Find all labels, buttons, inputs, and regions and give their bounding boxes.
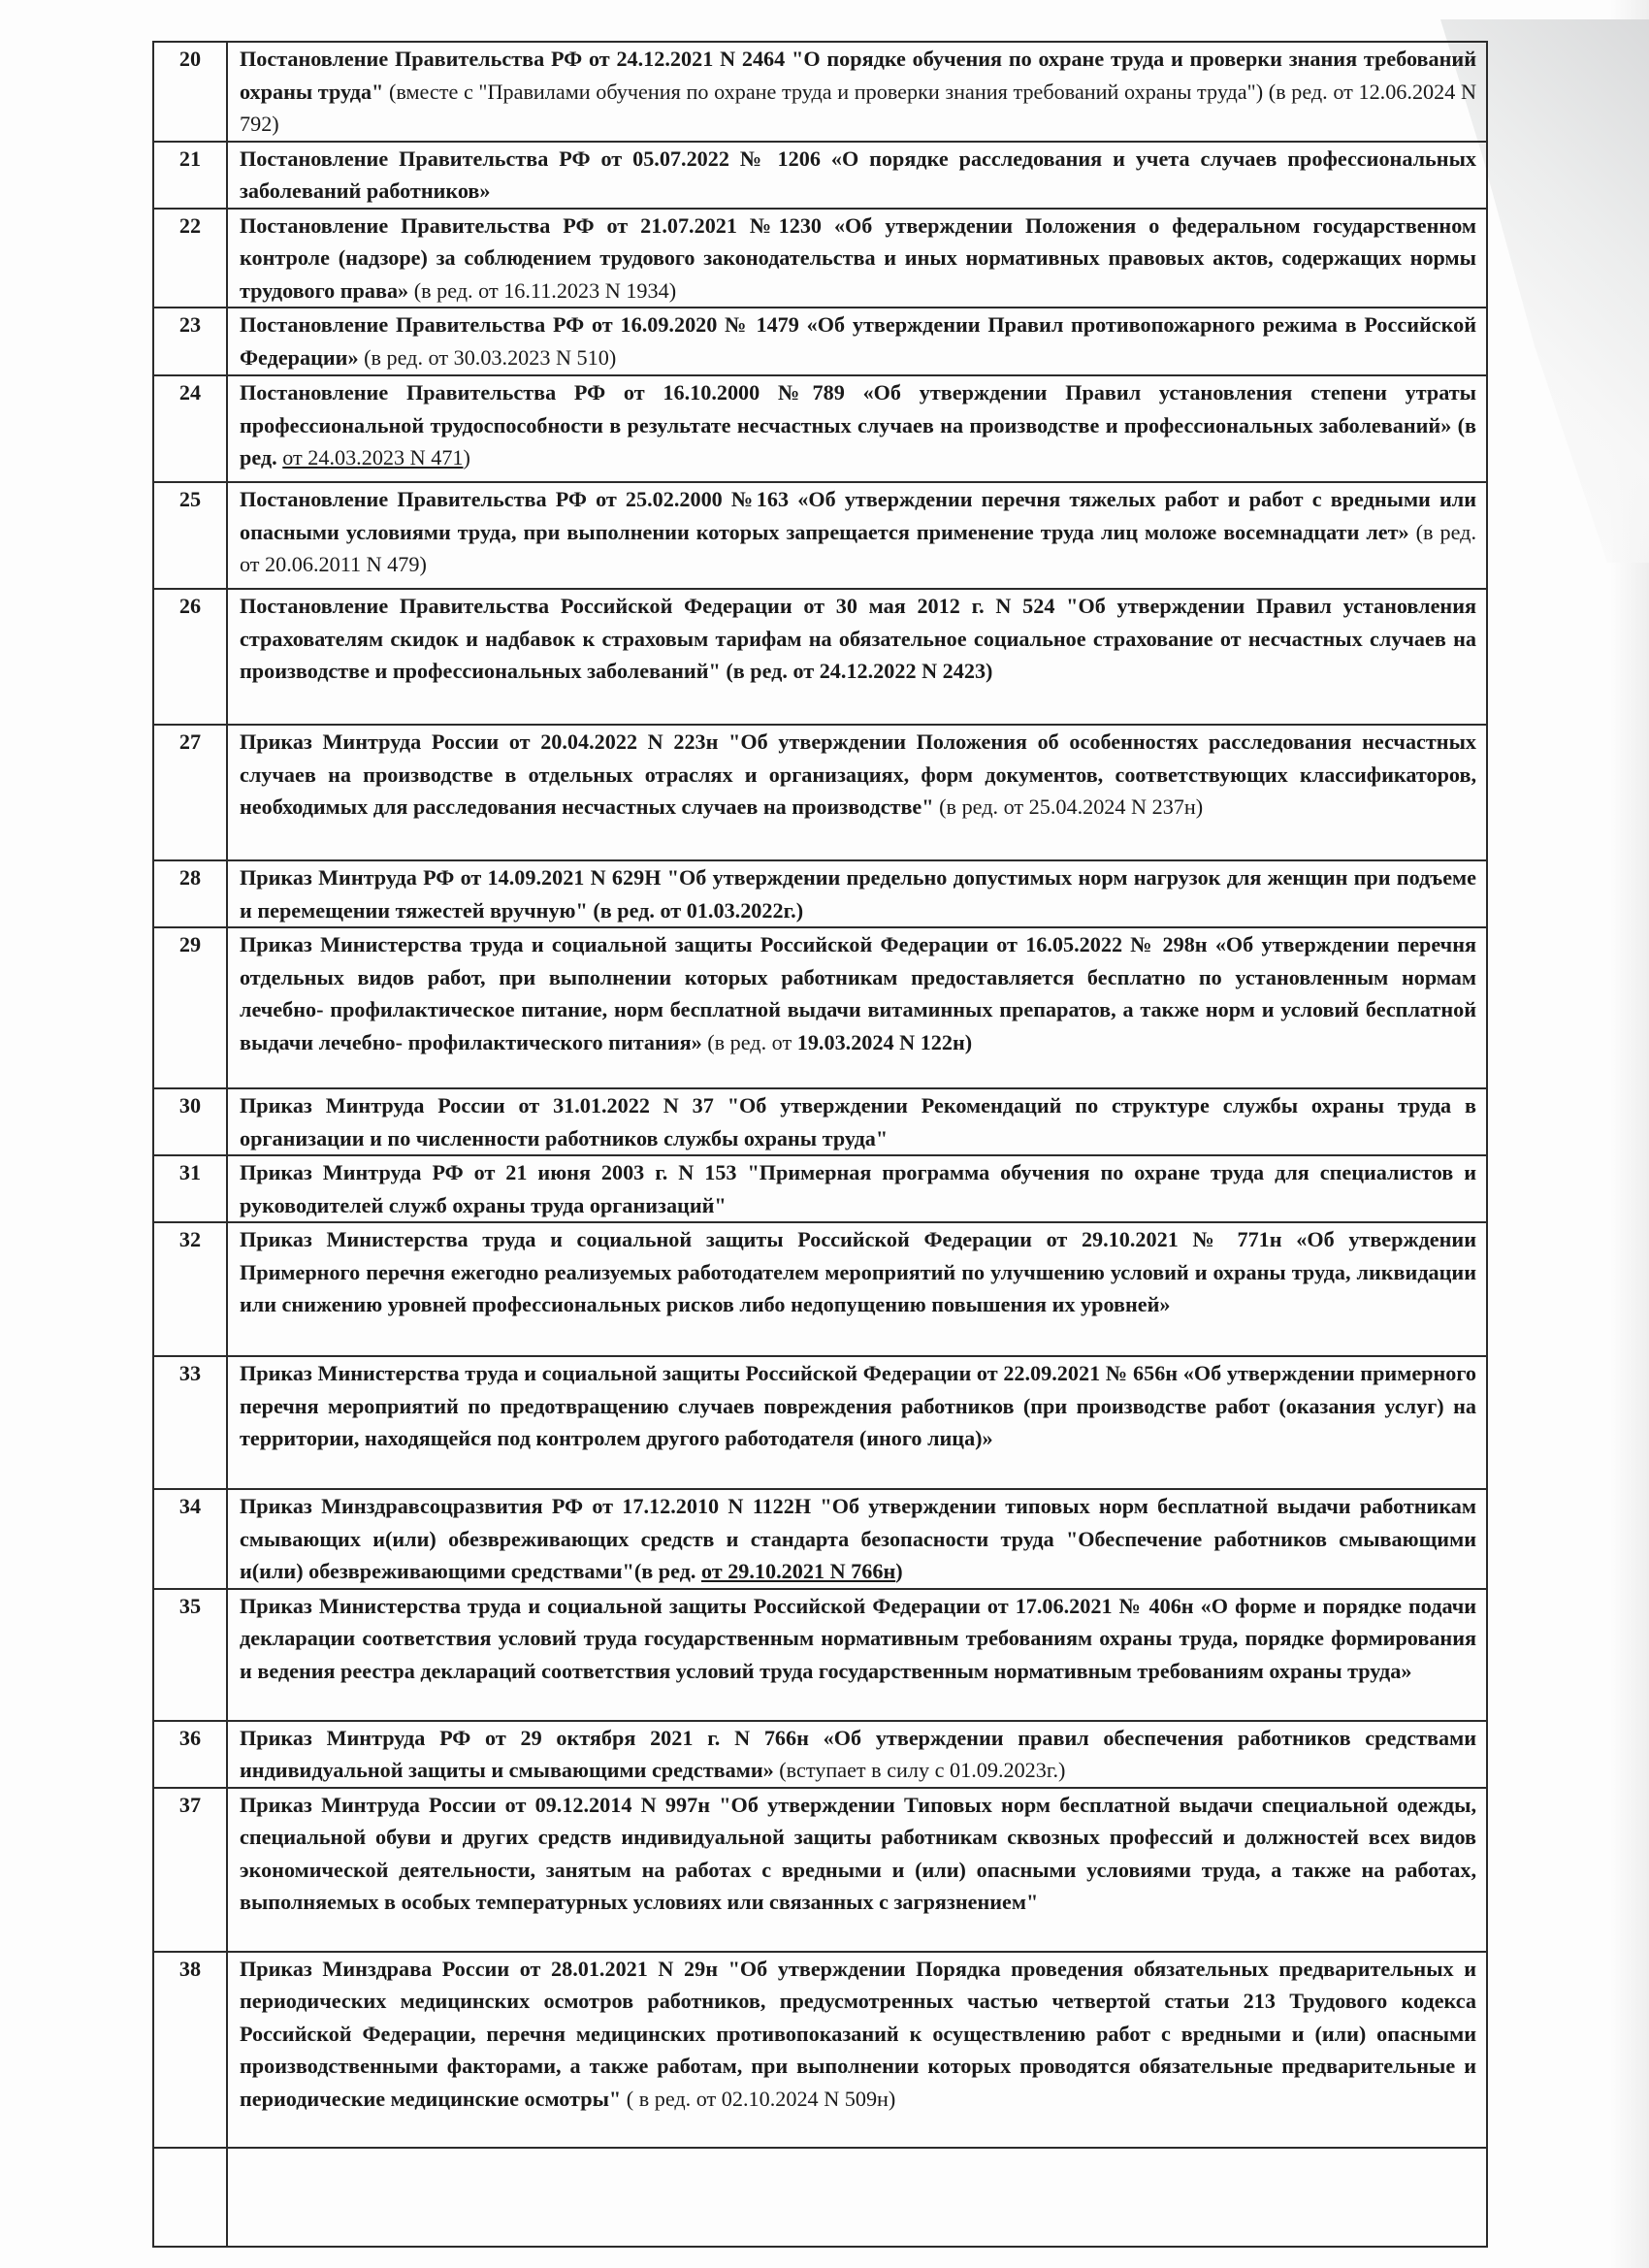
table-row: 29 Приказ Министерства труда и социально… xyxy=(153,927,1487,1088)
row-number: 25 xyxy=(153,482,227,589)
row-text-segment: (в ред. от 30.03.2023 N 510) xyxy=(359,345,617,370)
row-text-segment: Приказ Министерства труда и социальной з… xyxy=(240,1227,1476,1316)
row-number: 30 xyxy=(153,1088,227,1155)
table-row: 37 Приказ Минтруда России от 09.12.2014 … xyxy=(153,1788,1487,1952)
row-number: 38 xyxy=(153,1952,227,2148)
row-text-segment: Приказ Минтруда России от 09.12.2014 N 9… xyxy=(240,1793,1476,1915)
row-text: Постановление Правительства РФ от 05.07.… xyxy=(227,142,1487,209)
row-text-segment: ) xyxy=(895,1559,902,1583)
row-text: Постановление Правительства РФ от 25.02.… xyxy=(227,482,1487,589)
row-text-segment: (вместе с "Правилами обучения по охране … xyxy=(240,80,1476,137)
row-number: 27 xyxy=(153,725,227,860)
row-text-segment: Приказ Министерства труда и социальной з… xyxy=(240,1594,1476,1683)
table-row: 34 Приказ Минздравсоцразвития РФ от 17.1… xyxy=(153,1489,1487,1589)
row-number: 28 xyxy=(153,860,227,927)
row-text: Приказ Минздрава России от 28.01.2021 N … xyxy=(227,1952,1487,2148)
row-text-segment: Приказ Министерства труда и социальной з… xyxy=(240,1361,1476,1450)
regulations-table: 20 Постановление Правительства РФ от 24.… xyxy=(152,41,1488,2248)
row-text-segment: 19.03.2024 N 122н) xyxy=(797,1030,972,1054)
table-row: 33 Приказ Министерства труда и социально… xyxy=(153,1356,1487,1489)
row-text-segment: Приказ Минтруда России от 20.04.2022 N 2… xyxy=(240,729,1476,819)
row-number: 23 xyxy=(153,308,227,375)
row-number xyxy=(153,2148,227,2247)
row-number: 20 xyxy=(153,42,227,142)
row-number: 24 xyxy=(153,375,227,482)
row-text: Постановление Правительства РФ от 21.07.… xyxy=(227,209,1487,308)
table-row: 22 Постановление Правительства РФ от 21.… xyxy=(153,209,1487,308)
row-text-segment: Постановление Правительства Российской Ф… xyxy=(240,594,1476,683)
row-text: Постановление Правительства РФ от 24.12.… xyxy=(227,42,1487,142)
table-row: 21 Постановление Правительства РФ от 05.… xyxy=(153,142,1487,209)
row-text-segment: (вступает в силу с 01.09.2023г.) xyxy=(774,1758,1066,1782)
row-text: Приказ Минтруда России от 09.12.2014 N 9… xyxy=(227,1788,1487,1952)
row-number: 22 xyxy=(153,209,227,308)
table-row: 32 Приказ Министерства труда и социально… xyxy=(153,1222,1487,1356)
row-text: Приказ Минтруда РФ от 21 июня 2003 г. N … xyxy=(227,1155,1487,1222)
table-row: 30 Приказ Минтруда России от 31.01.2022 … xyxy=(153,1088,1487,1155)
row-number: 35 xyxy=(153,1589,227,1721)
table-body: 20 Постановление Правительства РФ от 24.… xyxy=(153,42,1487,2247)
row-number: 21 xyxy=(153,142,227,209)
row-text: Приказ Минтруда РФ от 14.09.2021 N 629Н … xyxy=(227,860,1487,927)
table-row xyxy=(153,2148,1487,2247)
row-number: 36 xyxy=(153,1721,227,1788)
table-row: 23 Постановление Правительства РФ от 16.… xyxy=(153,308,1487,375)
row-text: Приказ Министерства труда и социальной з… xyxy=(227,1222,1487,1356)
row-number: 31 xyxy=(153,1155,227,1222)
table-row: 28 Приказ Минтруда РФ от 14.09.2021 N 62… xyxy=(153,860,1487,927)
row-text: Постановление Правительства РФ от 16.10.… xyxy=(227,375,1487,482)
row-text: Приказ Министерства труда и социальной з… xyxy=(227,1589,1487,1721)
row-number: 29 xyxy=(153,927,227,1088)
table-row: 20 Постановление Правительства РФ от 24.… xyxy=(153,42,1487,142)
table-row: 24 Постановление Правительства РФ от 16.… xyxy=(153,375,1487,482)
row-text-segment: Постановление Правительства РФ от 25.02.… xyxy=(240,487,1476,544)
row-text-segment: Постановление Правительства РФ от 05.07.… xyxy=(240,146,1476,204)
row-text-segment: Приказ Минтруда РФ от 21 июня 2003 г. N … xyxy=(240,1160,1476,1217)
row-number: 26 xyxy=(153,589,227,725)
row-text: Постановление Правительства РФ от 16.09.… xyxy=(227,308,1487,375)
table-row: 27 Приказ Минтруда России от 20.04.2022 … xyxy=(153,725,1487,860)
table-row: 35 Приказ Министерства труда и социально… xyxy=(153,1589,1487,1721)
row-text-segment: Приказ Минтруда России от 31.01.2022 N 3… xyxy=(240,1093,1476,1150)
row-text xyxy=(227,2148,1487,2247)
table-row: 26 Постановление Правительства Российско… xyxy=(153,589,1487,725)
table-row: 36 Приказ Минтруда РФ от 29 октября 2021… xyxy=(153,1721,1487,1788)
table-row: 31 Приказ Минтруда РФ от 21 июня 2003 г.… xyxy=(153,1155,1487,1222)
row-text: Приказ Минтруда России от 31.01.2022 N 3… xyxy=(227,1088,1487,1155)
row-text-segment: (в ред. от 25.04.2024 N 237н) xyxy=(934,794,1204,819)
row-text-segment: (в ред. от xyxy=(702,1030,797,1054)
row-number: 37 xyxy=(153,1788,227,1952)
row-text: Приказ Министерства труда и социальной з… xyxy=(227,1356,1487,1489)
row-text-segment: от 24.03.2023 N 471 xyxy=(282,445,463,470)
row-number: 33 xyxy=(153,1356,227,1489)
row-text: Приказ Минтруда России от 20.04.2022 N 2… xyxy=(227,725,1487,860)
table-row: 25 Постановление Правительства РФ от 25.… xyxy=(153,482,1487,589)
row-text: Постановление Правительства Российской Ф… xyxy=(227,589,1487,725)
row-text: Приказ Минтруда РФ от 29 октября 2021 г.… xyxy=(227,1721,1487,1788)
row-number: 32 xyxy=(153,1222,227,1356)
row-text: Приказ Министерства труда и социальной з… xyxy=(227,927,1487,1088)
table-row: 38 Приказ Минздрава России от 28.01.2021… xyxy=(153,1952,1487,2148)
row-text-segment: ( в ред. от 02.10.2024 N 509н) xyxy=(621,2087,895,2111)
row-text-segment: (в ред. от 16.11.2023 N 1934) xyxy=(408,278,676,303)
row-text-segment: от 29.10.2021 N 766н xyxy=(701,1559,895,1583)
row-text-segment: Приказ Минтруда РФ от 14.09.2021 N 629Н … xyxy=(240,865,1476,923)
row-text: Приказ Минздравсоцразвития РФ от 17.12.2… xyxy=(227,1489,1487,1589)
row-number: 34 xyxy=(153,1489,227,1589)
row-text-segment: ) xyxy=(464,445,470,470)
